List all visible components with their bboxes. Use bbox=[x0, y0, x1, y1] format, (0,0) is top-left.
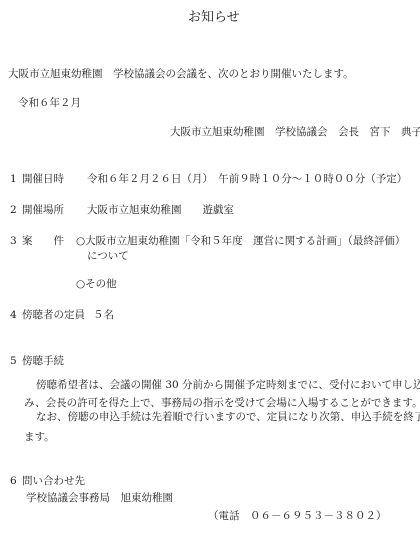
item-number: 5 bbox=[10, 355, 17, 368]
item-label: 傍聴手続 bbox=[22, 355, 64, 368]
paragraph-line: なお、傍聴の申込手続は先着順で行いますので、定員になり次第、申込手続を終了し bbox=[36, 411, 420, 424]
item-label: 開催日時 bbox=[22, 173, 64, 186]
item-label: 問い合わせ先 bbox=[22, 475, 85, 488]
intro-text: 大阪市立旭東幼稚園 学校協議会の会議を、次のとおり開催いたします。 bbox=[8, 68, 354, 81]
item-number: 3 bbox=[10, 235, 17, 248]
item-label: 開催場所 bbox=[22, 204, 64, 217]
issue-date: 令和６年２月 bbox=[18, 97, 81, 110]
item-value: 大阪市立旭東幼稚園 遊戯室 bbox=[87, 204, 234, 217]
item-value: ○大阪市立旭東幼稚園「令和５年度 運営に関する計画」（最終評価） bbox=[76, 235, 405, 248]
paragraph-line: 傍聴希望者は、会議の開催 30 分前から開催予定時刻までに、受付において申し込 bbox=[36, 379, 420, 392]
item-number: 2 bbox=[10, 204, 17, 217]
document-title: お知らせ bbox=[188, 10, 240, 26]
item-value: 令和６年２月２６日（月） 午前９時１０分～１０時００分（予定） bbox=[87, 173, 407, 186]
item-number: 1 bbox=[10, 173, 17, 186]
item-value-continued: について bbox=[87, 250, 129, 263]
paragraph-line: ます。 bbox=[24, 431, 55, 444]
item-value: ５名 bbox=[93, 309, 114, 322]
item-value-other: ○その他 bbox=[76, 278, 117, 291]
paragraph-line: み、会長の許可を得た上で、事務局の指示を受けて会場に入場することができます。 bbox=[24, 397, 420, 410]
contact-office: 学校協議会事務局 旭東幼稚園 bbox=[26, 492, 173, 505]
item-label: 傍聴者の定員 bbox=[22, 309, 85, 322]
item-number: 4 bbox=[10, 309, 17, 322]
item-number: 6 bbox=[10, 475, 17, 488]
item-label: 案 件 bbox=[22, 235, 64, 248]
sender-line: 大阪市立旭東幼稚園 学校協議会 会長 宮下 典子 bbox=[170, 126, 420, 139]
contact-phone: （電話 ０６－６９５３－３８０２） bbox=[208, 510, 387, 523]
